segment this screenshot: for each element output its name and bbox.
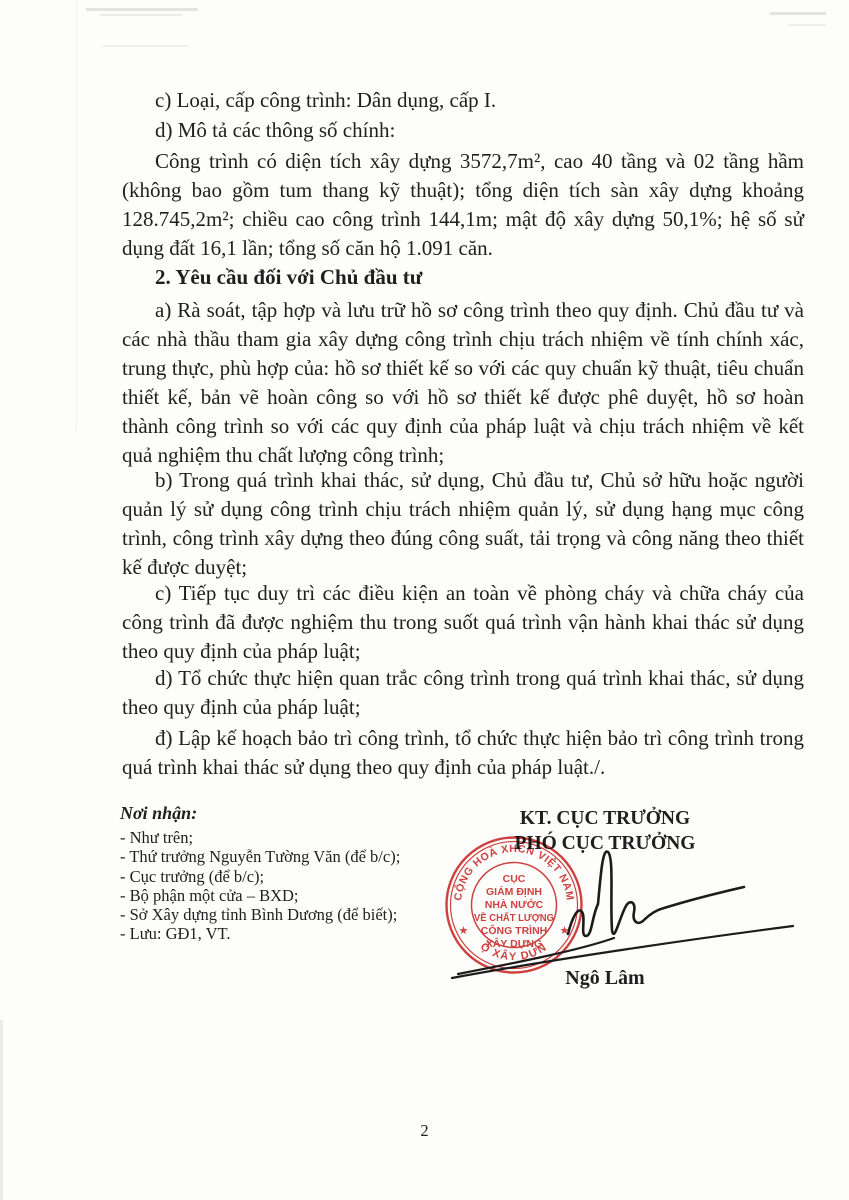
- recipient-item: - Lưu: GĐ1, VT.: [120, 924, 465, 943]
- recipient-item: - Bộ phận một cửa – BXD;: [120, 886, 465, 905]
- paragraph-dd: đ) Lập kế hoạch bảo trì công trình, tổ c…: [122, 724, 804, 782]
- scan-artifact: [103, 45, 189, 47]
- recipient-item: - Thứ trưởng Nguyễn Tường Văn (để b/c);: [120, 847, 465, 866]
- scan-artifact: [100, 14, 182, 16]
- recipient-item: - Sở Xây dựng tỉnh Bình Dương (để biết);: [120, 905, 465, 924]
- specs-paragraph: Công trình có diện tích xây dựng 3572,7m…: [122, 147, 804, 263]
- scan-artifact: [0, 1020, 3, 1200]
- paragraph-a: a) Rà soát, tập hợp và lưu trữ hồ sơ côn…: [122, 296, 804, 470]
- paragraph-d: d) Tổ chức thực hiện quan trắc công trìn…: [122, 664, 804, 722]
- item-c-line: c) Loại, cấp công trình: Dân dụng, cấp I…: [122, 86, 804, 115]
- scan-artifact: [76, 0, 77, 430]
- item-d-line: d) Mô tả các thông số chính:: [122, 116, 804, 145]
- scan-artifact: [770, 12, 826, 15]
- scanned-document-page: c) Loại, cấp công trình: Dân dụng, cấp I…: [0, 0, 849, 1200]
- section-2-heading: 2. Yêu cầu đối với Chủ đầu tư: [122, 263, 804, 292]
- recipients-title: Nơi nhận:: [120, 803, 465, 824]
- scan-artifact: [788, 24, 826, 26]
- signer-name: Ngô Lâm: [505, 967, 705, 990]
- paragraph-b: b) Trong quá trình khai thác, sử dụng, C…: [122, 466, 804, 582]
- paragraph-c: c) Tiếp tục duy trì các điều kiện an toà…: [122, 579, 804, 666]
- recipient-item: - Như trên;: [120, 828, 465, 847]
- recipient-item: - Cục trưởng (để b/c);: [120, 867, 465, 886]
- scan-artifact: [86, 8, 198, 11]
- recipients-block: Nơi nhận: - Như trên; - Thứ trưởng Nguyễ…: [120, 803, 465, 944]
- page-number: 2: [0, 1121, 849, 1141]
